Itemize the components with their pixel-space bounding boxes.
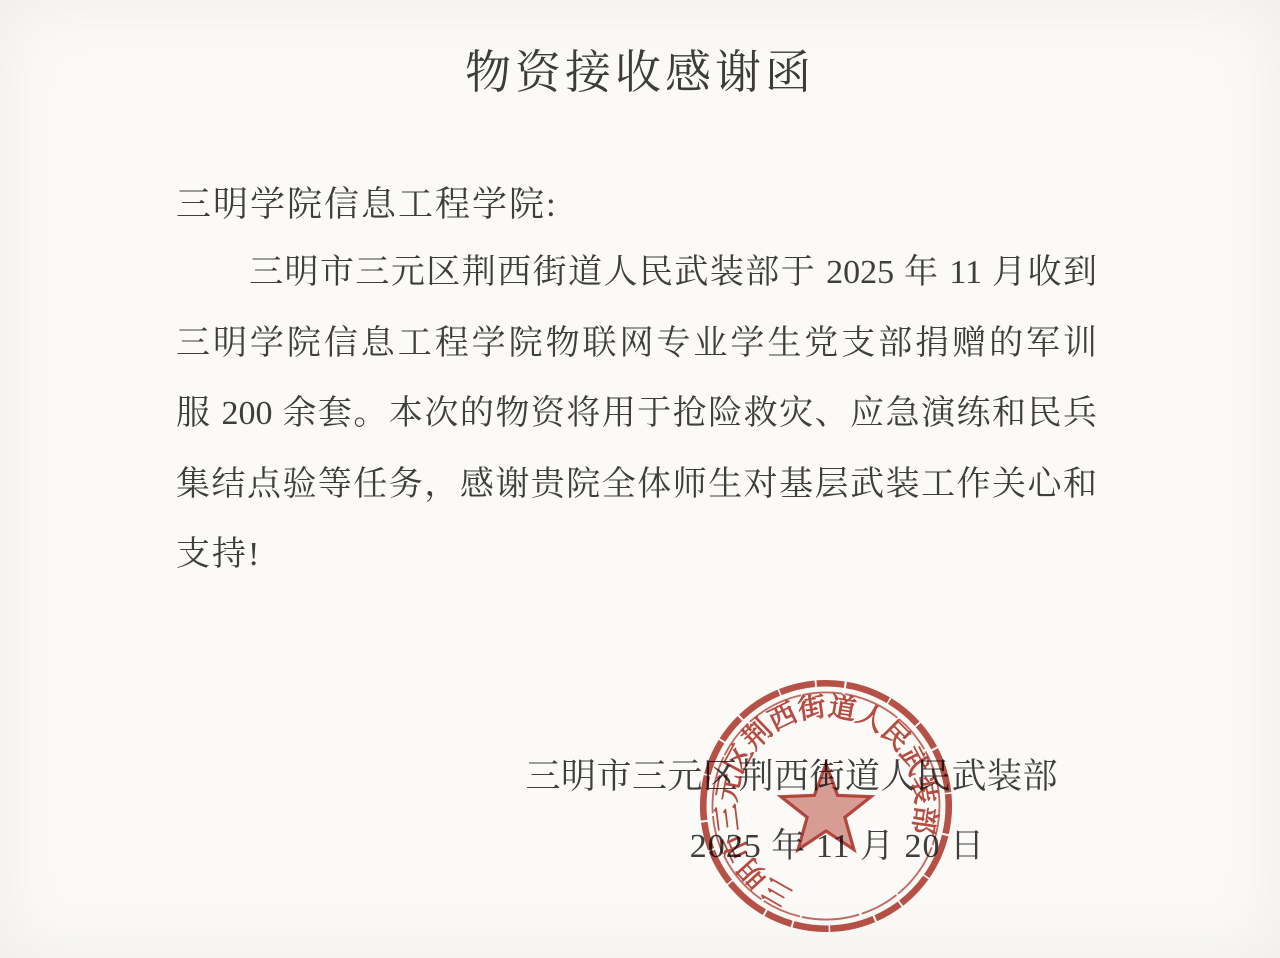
letter-title: 物资接收感谢函 [0, 36, 1280, 102]
body-line: 集结点验等任务，感谢贵院全体师生对基层武装工作关心和 [176, 450, 1097, 521]
seal-inner-ring [712, 692, 939, 919]
seal-circular-text: 三明市三元区荆西街道人民武装部 [694, 674, 958, 925]
letter-body: 三明市三元区荆西街道人民武装部于 2025 年 11 月收到三明学院信息工程学院… [176, 238, 1097, 591]
body-line: 支持! [176, 520, 1097, 591]
official-seal-stamp: 三明市三元区荆西街道人民武装部 [694, 674, 958, 938]
body-line: 三明学院信息工程学院物联网专业学生党支部捐赠的军训 [176, 309, 1097, 380]
seal-outer-ring [703, 683, 949, 929]
body-line: 服 200 余套。本次的物资将用于抢险救灾、应急演练和民兵 [176, 379, 1097, 450]
letter-signature: 三明市三元区荆西街道人民武装部 [525, 749, 1058, 799]
scanned-letter-page: 物资接收感谢函 三明学院信息工程学院: 三明市三元区荆西街道人民武装部于 202… [0, 0, 1280, 958]
letter-salutation: 三明学院信息工程学院: [176, 177, 558, 227]
svg-text:三明市三元区荆西街道人民武装部: 三明市三元区荆西街道人民武装部 [694, 674, 958, 925]
letter-date: 2025 年 11 月 20 日 [690, 818, 985, 867]
body-line: 三明市三元区荆西街道人民武装部于 2025 年 11 月收到 [176, 238, 1097, 309]
